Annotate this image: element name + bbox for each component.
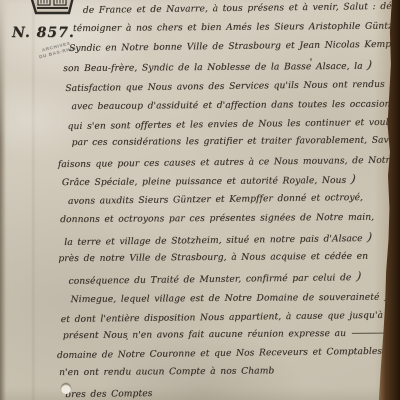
- manuscript-line: la terre et village de Stotzheim, situé …: [64, 231, 372, 249]
- line-end-flourish: ): [367, 231, 373, 244]
- manuscript-line: présent Nous n'en avons fait aucune réun…: [63, 327, 400, 342]
- manuscript-line: domaine de Notre Couronne et que Nos Rec…: [57, 346, 382, 362]
- manuscript-line: par ces considérations les gratifier et …: [72, 134, 400, 149]
- manuscript-line: avec beaucoup d'assiduité et d'affection…: [71, 96, 400, 113]
- manuscript-line: de France et de Navarre, à tous présens …: [83, 0, 400, 16]
- page-left-edge: [0, 0, 6, 400]
- manuscript-line: son Beau-frère, Syndic de la Noblesse de…: [63, 59, 372, 75]
- manuscript-line: donnons et octroyons par ces présentes s…: [60, 212, 374, 226]
- manuscript-line: Grâce Spéciale, pleine puissance et auto…: [62, 173, 356, 189]
- manuscript-line: faisons que pour ces causes et autres à …: [58, 153, 400, 172]
- manuscript-page: N. 857. ARCHIVES DU BAS-RHIN de France e…: [0, 0, 400, 400]
- manuscript-text: de France et de Navarre, à tous présens …: [0, 0, 400, 400]
- manuscript-line: conséquence du Traité de Munster, confir…: [68, 270, 361, 288]
- line-end-flourish: ): [367, 58, 373, 71]
- manuscript-line: Nimegue, lequel village est de Notre Dom…: [71, 290, 390, 307]
- ink-speck: [92, 260, 94, 262]
- manuscript-line: avons auxdits Sieurs Güntzer et Kempffer…: [68, 192, 363, 208]
- manuscript-line: qui s'en sont offertes et les envies de …: [67, 114, 400, 133]
- manuscript-line: bres des Comptes: [65, 388, 152, 400]
- document-photo: N. 857. ARCHIVES DU BAS-RHIN de France e…: [0, 0, 400, 400]
- ink-speck: [310, 58, 312, 61]
- manuscript-line: Syndic en Notre bonne Ville de Strasbour…: [69, 39, 400, 55]
- manuscript-line: près de notre Ville de Strasbourg, à Nou…: [58, 251, 368, 265]
- ink-speck: [126, 338, 128, 340]
- manuscript-line: n'en ont rendu aucun Compte à nos Chamb: [59, 365, 274, 379]
- line-end-flourish: ): [350, 173, 356, 186]
- manuscript-line: et dont l'entière disposition Nous appar…: [61, 308, 393, 326]
- line-end-flourish: ): [356, 270, 362, 283]
- manuscript-line: témoigner à nos chers et bien Amés les S…: [73, 20, 400, 35]
- paper-hole: [61, 384, 71, 394]
- manuscript-line: Satisfaction que Nous avons des Services…: [65, 77, 394, 95]
